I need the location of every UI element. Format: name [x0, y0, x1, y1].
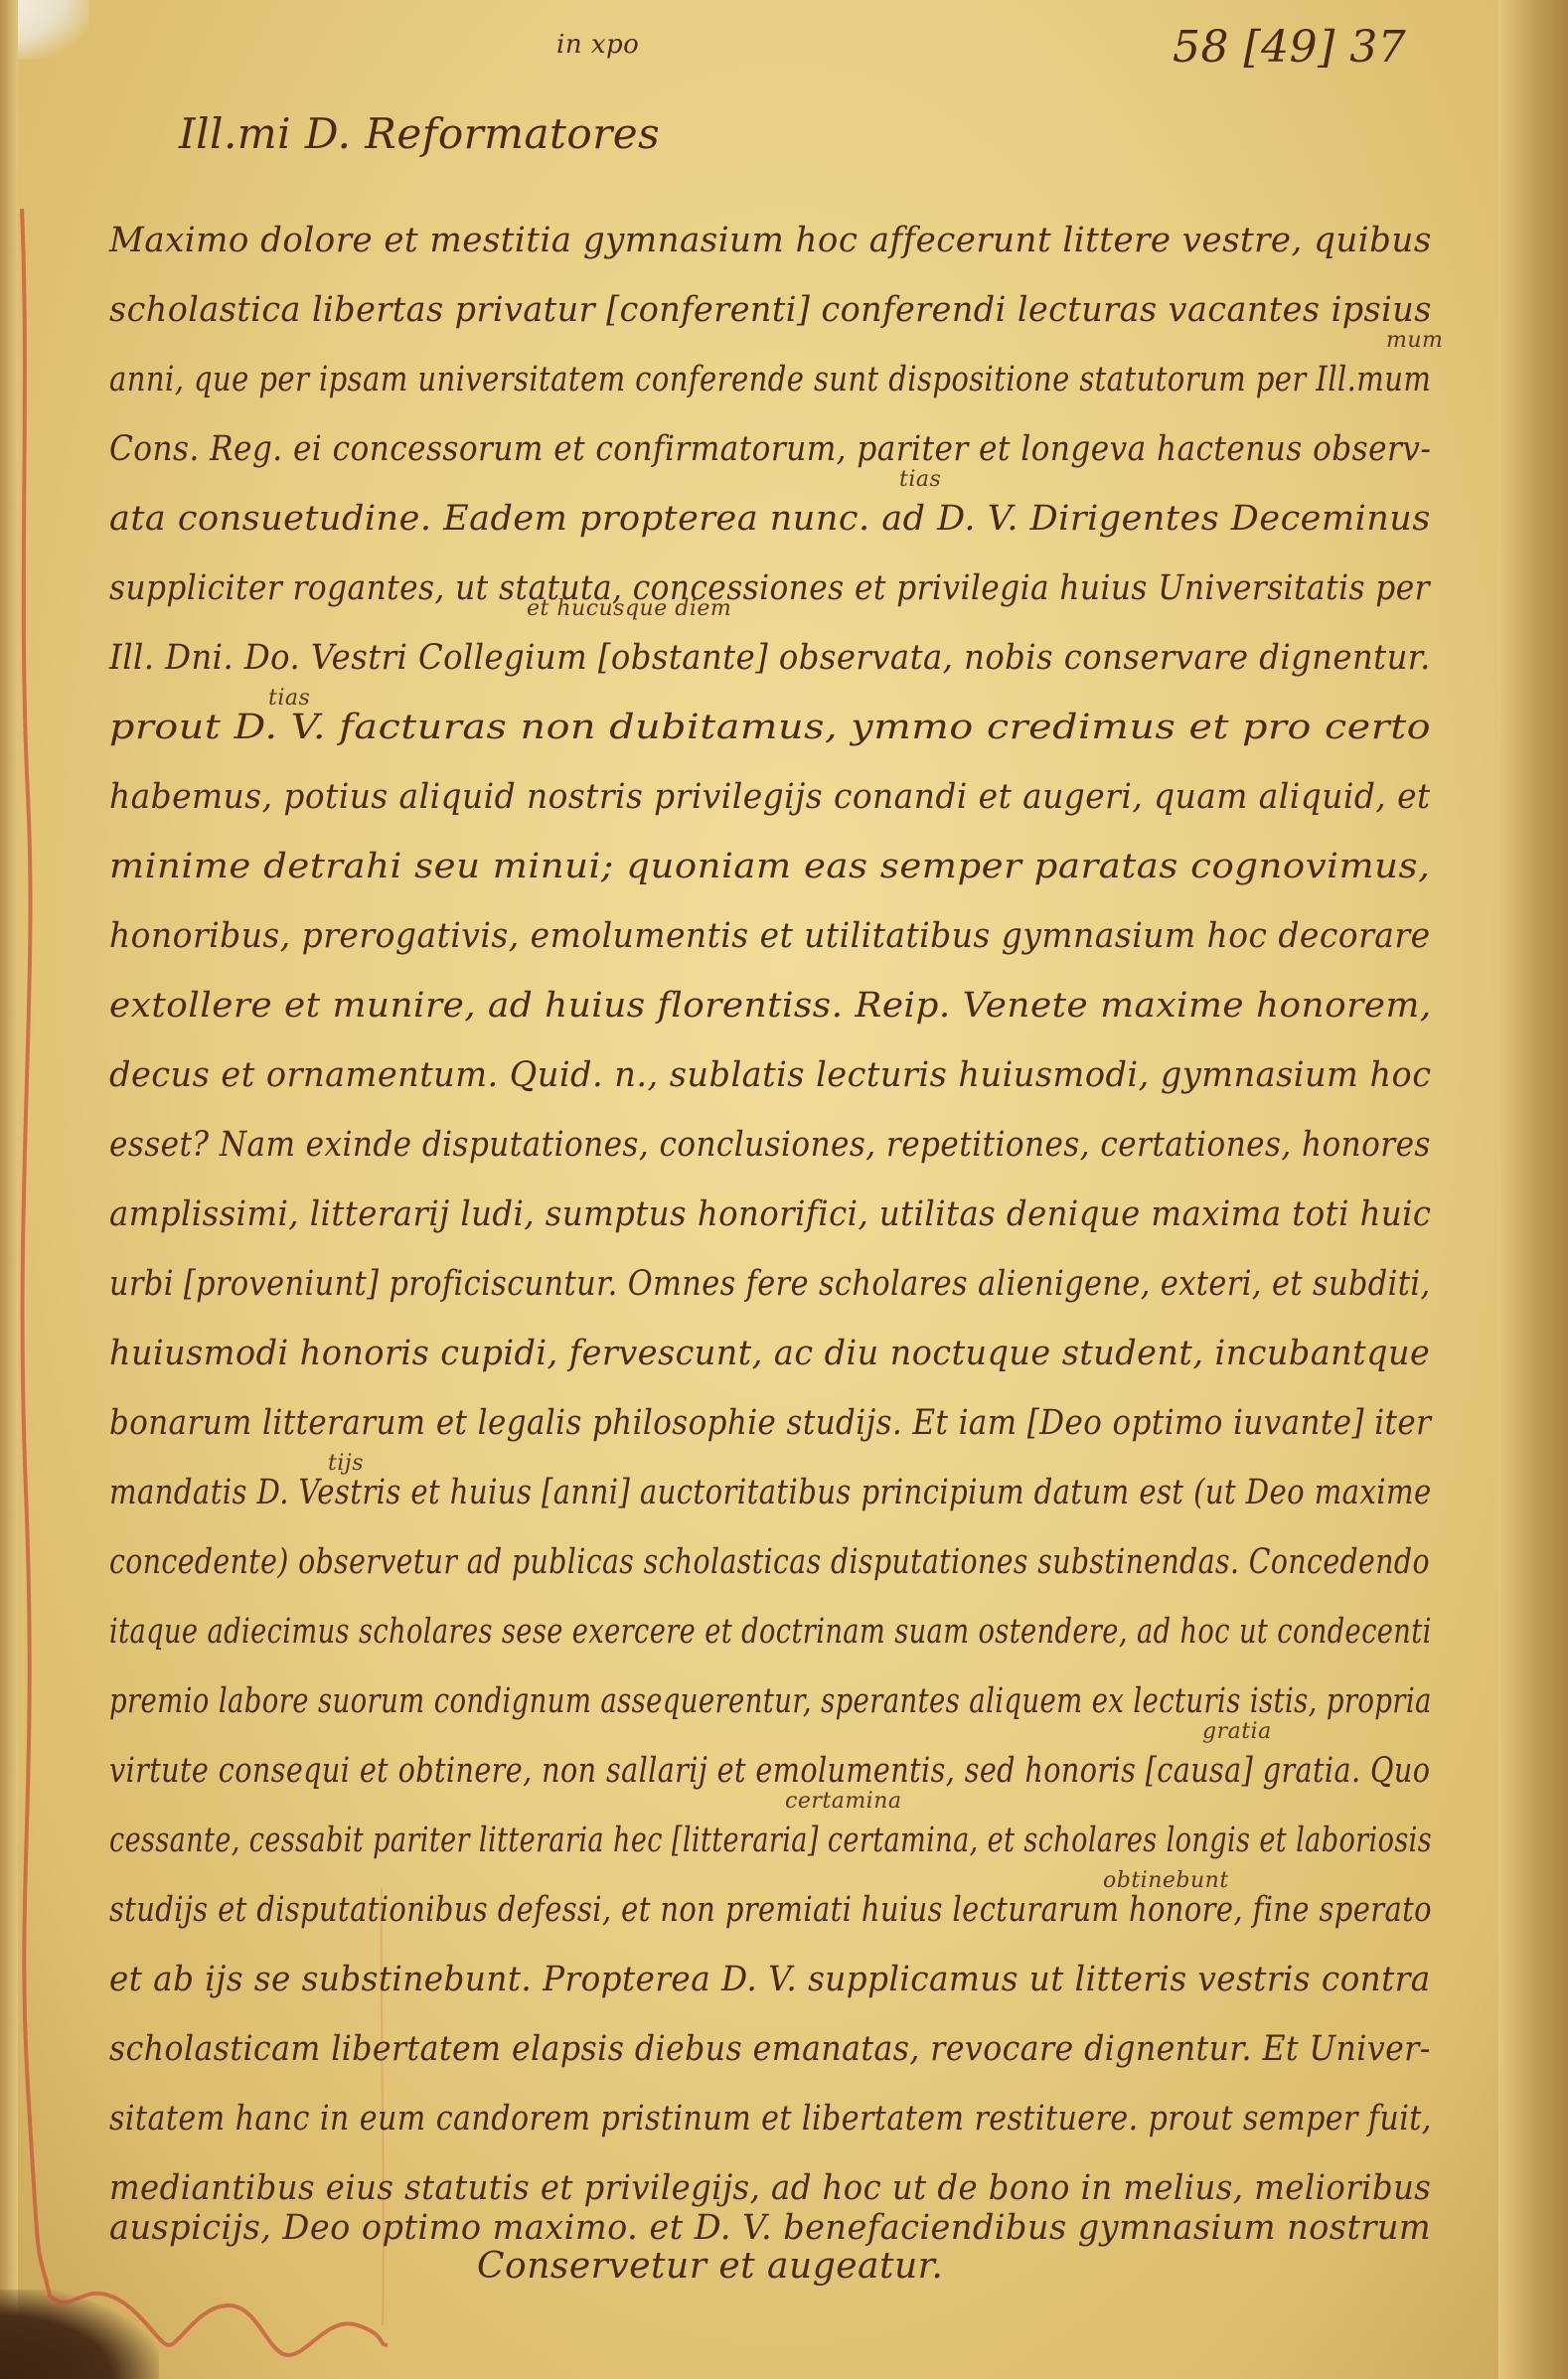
text-line: mandatis D. Vestris et huius [anni] auct… — [109, 1473, 1432, 1512]
text-line: Maximo dolore et mestitia gymnasium hoc … — [109, 221, 1432, 260]
text-line: honoribus, prerogativis, emolumentis et … — [109, 916, 1431, 956]
red-crayon-margin-line — [0, 0, 1568, 2379]
interlinear-note: tias — [268, 686, 310, 711]
text-line: prout D. V. facturas non dubitamus, ymmo… — [109, 708, 1431, 747]
text-line: anni, que per ipsam universitatem confer… — [109, 360, 1431, 399]
header-superscript: in xpo — [556, 30, 639, 60]
text-line: itaque adiecimus scholares sese exercere… — [109, 1612, 1432, 1652]
text-line: cessante, cessabit pariter litteraria he… — [109, 1821, 1432, 1860]
interlinear-note: et hucusque diem — [527, 596, 731, 621]
text-line: huiusmodi honoris cupidi, fervescunt, ac… — [109, 1334, 1430, 1373]
interlinear-note: gratia — [1202, 1719, 1272, 1744]
salutation: Ill.mi D. Reformatores — [179, 109, 660, 158]
text-line: premio labore suorum condignum assequere… — [109, 1681, 1432, 1721]
interlinear-note: tijs — [328, 1451, 364, 1476]
text-line: virtute consequi et obtinere, non sallar… — [109, 1751, 1430, 1791]
manuscript-page: 58 [49] 37 in xpo Ill.mi D. Reformatores… — [0, 0, 1568, 2379]
interlinear-note: mum — [1386, 328, 1443, 353]
text-line: decus et ornamentum. Quid. n., sublatis … — [109, 1055, 1431, 1095]
text-line: esset? Nam exinde disputationes, conclus… — [109, 1125, 1431, 1165]
text-line: scholasticam libertatem elapsis diebus e… — [109, 2029, 1431, 2069]
text-line: studijs et disputationibus defessi, et n… — [109, 1890, 1432, 1930]
text-line: Cons. Reg. ei concessorum et confirmator… — [109, 429, 1431, 469]
text-line: scholastica libertas privatur [conferent… — [109, 290, 1432, 330]
text-line: ata consuetudine. Eadem propterea nunc. … — [109, 499, 1431, 539]
text-line: bonarum litterarum et legalis philosophi… — [109, 1403, 1431, 1443]
text-line: urbi [proveniunt] proficiscuntur. Omnes … — [109, 1264, 1431, 1304]
interlinear-note: obtinebunt — [1103, 1868, 1229, 1893]
interlinear-note: certamina — [785, 1789, 902, 1814]
closing-line: Conservetur et augeatur. — [477, 2246, 943, 2287]
text-line: minime detrahi seu minui; quoniam eas se… — [109, 847, 1430, 886]
folio-number: 58 [49] 37 — [1173, 22, 1406, 73]
text-line: extollere et munire, ad huius florentiss… — [109, 986, 1432, 1026]
text-line: concedente) observetur ad publicas schol… — [109, 1542, 1430, 1582]
text-line: sitatem hanc in eum candorem pristinum e… — [109, 2099, 1432, 2139]
text-line: habemus, potius aliquid nostris privileg… — [109, 777, 1431, 817]
text-line: et ab ijs se substinebunt. Propterea D. … — [109, 1960, 1431, 1999]
text-line: Ill. Dni. Do. Vestri Collegium [obstante… — [109, 638, 1431, 678]
text-line: auspicijs, Deo optimo maximo. et D. V. b… — [109, 2208, 1431, 2248]
text-line: suppliciter rogantes, ut statuta, conces… — [109, 568, 1430, 608]
interlinear-note: tias — [899, 467, 941, 492]
text-line: mediantibus eius statutis et privilegijs… — [109, 2168, 1431, 2208]
text-line: amplissimi, litterarij ludi, sumptus hon… — [109, 1194, 1431, 1234]
